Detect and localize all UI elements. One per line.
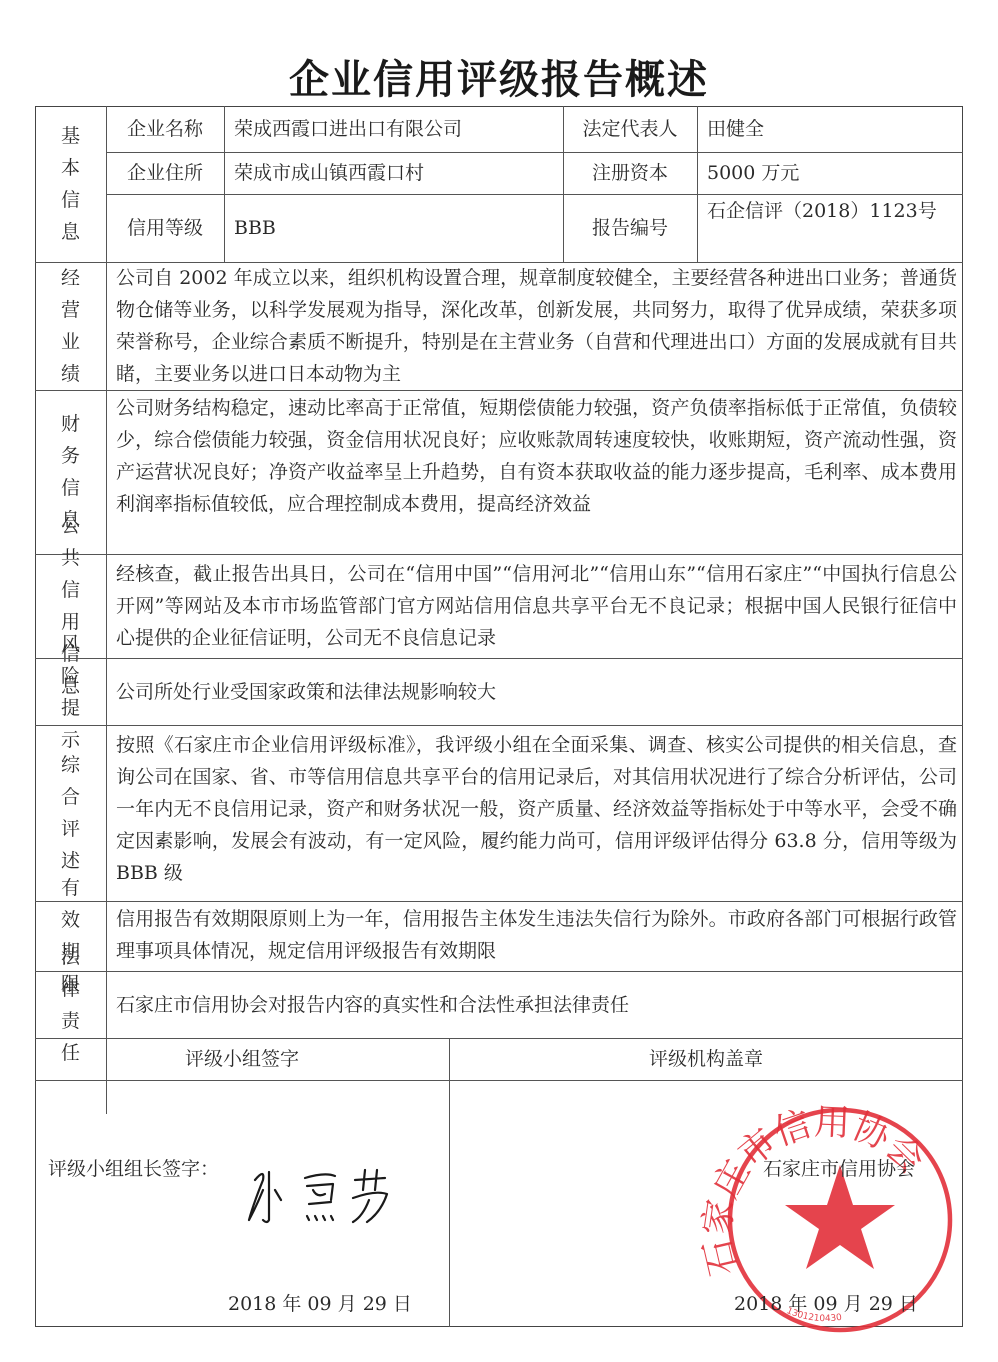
section-text-public-credit: 经核查，截止报告出具日，公司在“信用中国”“信用河北”“信用山东”“信用石家庄”… <box>106 558 963 658</box>
capital-value: 5000 万元 <box>697 152 963 194</box>
credit-rating-label: 信用等级 <box>106 194 224 262</box>
leader-signature-label: 评级小组组长签字： <box>48 1153 248 1187</box>
divider <box>35 725 963 726</box>
address-label: 企业住所 <box>106 152 224 194</box>
section-text-summary: 按照《石家庄市企业信用评级标准》，我评级小组在全面采集、调查、核实公司提供的相关… <box>106 729 963 901</box>
team-sign-date: 2018 年 09 月 29 日 <box>228 1288 448 1320</box>
divider <box>449 1038 450 1327</box>
section-text-performance: 公司自 2002 年成立以来，组织机构设置合理，规章制度较健全，主要经营各种进出… <box>106 262 963 390</box>
report-number-label: 报告编号 <box>563 194 697 262</box>
company-name-value: 荣成西霞口进出口有限公司 <box>224 106 563 152</box>
org-seal-date: 2018 年 09 月 29 日 <box>734 1288 954 1320</box>
address-value: 荣成市成山镇西霞口村 <box>224 152 563 194</box>
divider <box>35 390 963 391</box>
org-seal-header: 评级机构盖章 <box>449 1038 963 1080</box>
divider <box>35 901 963 902</box>
legal-rep-label: 法定代表人 <box>563 106 697 152</box>
section-text-validity: 信用报告有效期限原则上为一年，信用报告主体发生违法失信行为除外。市政府各部门可根… <box>106 903 963 971</box>
legal-rep-value: 田健全 <box>697 106 963 152</box>
section-label-legal: 法律责任 <box>35 971 106 1038</box>
credit-rating-value: BBB <box>224 194 563 262</box>
section-text-finance: 公司财务结构稳定，速动比率高于正常值，短期偿债能力较强，资产负债率指标低于正常值… <box>106 392 963 554</box>
team-signature-header: 评级小组签字 <box>35 1038 449 1080</box>
report-number-value: 石企信评（2018）1123号 <box>697 196 937 262</box>
section-label-risk: 风险提示 <box>35 658 106 725</box>
company-name-label: 企业名称 <box>106 106 224 152</box>
capital-label: 注册资本 <box>563 152 697 194</box>
handwritten-signature <box>235 1150 415 1230</box>
divider <box>35 554 963 555</box>
section-text-legal: 石家庄市信用协会对报告内容的真实性和合法性承担法律责任 <box>106 971 963 1038</box>
section-text-risk: 公司所处行业受国家政策和法律法规影响较大 <box>106 658 963 725</box>
section-label-performance: 经营业绩 <box>35 262 106 390</box>
rating-org-name: 石家庄市信用协会 <box>763 1153 963 1187</box>
divider <box>35 1080 963 1081</box>
document-title: 企业信用评级报告概述 <box>0 48 998 105</box>
basic-info-label: 基本信息 <box>35 106 106 262</box>
